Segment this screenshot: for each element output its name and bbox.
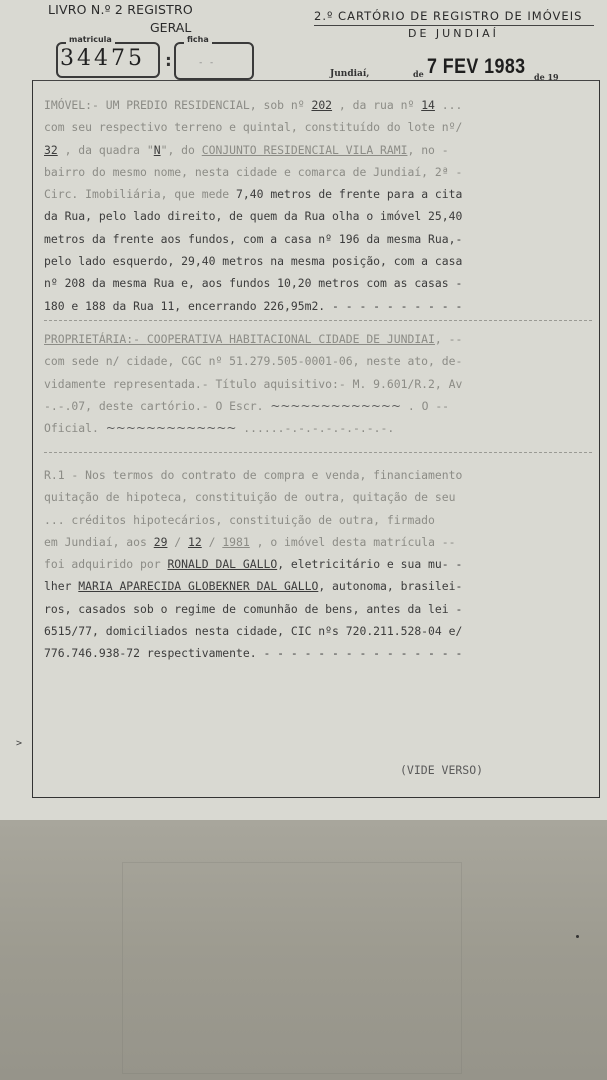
imovel-section: IMÓVEL:- UM PREDIO RESIDENCIAL, sob nº 2…	[44, 94, 592, 317]
text-segment: Oficial.	[44, 421, 106, 435]
text-line: R.1 - Nos termos do contrato de compra e…	[44, 464, 592, 486]
date-de-label: de	[413, 69, 424, 79]
text-line: quitação de hipoteca, constituição de ou…	[44, 486, 592, 508]
text-line: bairro do mesmo nome, nesta cidade e com…	[44, 161, 592, 183]
underlined-text: RONALD DAL GALLO	[167, 557, 277, 571]
text-line: 6515/77, domiciliados nesta cidade, CIC …	[44, 620, 592, 642]
text-segment: ...	[435, 98, 462, 112]
text-segment: Circ. Imobiliária, que mede	[44, 187, 236, 201]
text-segment: , da quadra "	[58, 143, 154, 157]
livro-title: LIVRO N.º 2 REGISTRO	[48, 2, 193, 17]
section-divider	[44, 452, 592, 453]
underlined-text: N	[154, 143, 161, 157]
text-segment: , o imóvel desta matrícula --	[250, 535, 456, 549]
text-line: -.-.07, deste cartório.- O Escr. ~~~~~~~…	[44, 395, 592, 417]
text-line: 776.746.938-72 respectivamente. - - - - …	[44, 642, 592, 664]
ficha-label: ficha	[184, 35, 212, 44]
section-divider	[44, 320, 592, 321]
text-segment: metros da frente aos fundos, com a casa …	[44, 232, 462, 246]
text-line: foi adquirido por RONALD DAL GALLO, elet…	[44, 553, 592, 575]
text-segment: 180 e 188 da Rua 11, encerrando 226,95m2…	[44, 299, 462, 313]
date-stamp: 7 FEV 1983	[427, 55, 526, 79]
underlined-text: 14	[421, 98, 435, 112]
signature: ~~~~~~~~~~~~~	[270, 399, 401, 413]
text-line: vidamente representada.- Título aquisiti…	[44, 373, 592, 395]
text-line: pelo lado esquerdo, 29,40 metros na mesm…	[44, 250, 592, 272]
text-segment: 7,40 metros de frente para a cita	[236, 187, 462, 201]
cartorio-city: DE JUNDIAÍ	[408, 27, 499, 40]
margin-mark: >	[16, 738, 22, 749]
text-segment: com seu respectivo terreno e quintal, co…	[44, 120, 462, 134]
document-page: LIVRO N.º 2 REGISTRO GERAL matricula 344…	[0, 0, 607, 820]
text-line: IMÓVEL:- UM PREDIO RESIDENCIAL, sob nº 2…	[44, 94, 592, 116]
vide-verso-note: (VIDE VERSO)	[400, 763, 483, 777]
text-segment: quitação de hipoteca, constituição de ou…	[44, 490, 455, 504]
separator-colon: :	[163, 50, 174, 71]
text-segment: UM PREDIO RESIDENCIAL, sob nº	[106, 98, 312, 112]
text-line: com seu respectivo terreno e quintal, co…	[44, 116, 592, 138]
text-line: da Rua, pelo lado direito, de quem da Ru…	[44, 205, 592, 227]
text-segment: , da rua nº	[332, 98, 421, 112]
signature: ~~~~~~~~~~~~~	[106, 421, 237, 435]
text-segment: pelo lado esquerdo, 29,40 metros na mesm…	[44, 254, 462, 268]
text-segment: 776.746.938-72 respectivamente. - - - - …	[44, 646, 462, 660]
text-line: Oficial. ~~~~~~~~~~~~~ ......-.-.-.-.-.-…	[44, 417, 592, 439]
text-segment: ......-.-.-.-.-.-.-.-.	[236, 421, 394, 435]
text-segment: ros, casados sob o regime de comunhão de…	[44, 602, 462, 616]
underlined-text: 12	[188, 535, 202, 549]
text-segment: , no -	[407, 143, 448, 157]
underlined-text: COOPERATIVA HABITACIONAL CIDADE DE JUNDI…	[147, 332, 435, 346]
text-segment: vidamente representada.- Título aquisiti…	[44, 377, 462, 391]
ficha-value: - -	[198, 58, 214, 68]
proprietaria-section: PROPRIETÁRIA:- COOPERATIVA HABITACIONAL …	[44, 328, 592, 439]
text-line: Circ. Imobiliária, que mede 7,40 metros …	[44, 183, 592, 205]
text-segment: , autonoma, brasilei-	[318, 579, 462, 593]
underlined-text: 1981	[222, 535, 249, 549]
underlined-text: 202	[311, 98, 332, 112]
paper-speck	[576, 935, 579, 938]
underlined-text: 32	[44, 143, 58, 157]
text-line: metros da frente aos fundos, com a casa …	[44, 228, 592, 250]
registro-section: R.1 - Nos termos do contrato de compra e…	[44, 464, 592, 665]
text-segment: bairro do mesmo nome, nesta cidade e com…	[44, 165, 462, 179]
matricula-label: matricula	[66, 35, 115, 44]
text-segment: foi adquirido por	[44, 557, 167, 571]
text-line: PROPRIETÁRIA:- COOPERATIVA HABITACIONAL …	[44, 328, 592, 350]
text-line: com sede n/ cidade, CGC nº 51.279.505-00…	[44, 350, 592, 372]
matricula-number: 34475	[60, 46, 145, 71]
text-line: 180 e 188 da Rua 11, encerrando 226,95m2…	[44, 295, 592, 317]
underlined-text: 29	[154, 535, 168, 549]
text-segment: nº 208 da mesma Rua e, aos fundos 10,20 …	[44, 276, 462, 290]
text-segment: , --	[435, 332, 462, 346]
text-line: nº 208 da mesma Rua e, aos fundos 10,20 …	[44, 272, 592, 294]
text-segment: -.-.07, deste cartório.- O Escr.	[44, 399, 270, 413]
cartorio-title: 2.º CARTÓRIO DE REGISTRO DE IMÓVEIS	[314, 9, 594, 26]
text-segment: /	[202, 535, 223, 549]
bleed-through-box	[122, 862, 462, 1074]
text-segment: lher	[44, 579, 78, 593]
text-segment: , eletricitário e sua mu- -	[277, 557, 462, 571]
matricula-box: matricula 34475	[56, 42, 160, 78]
text-line: lher MARIA APARECIDA GLOBEKNER DAL GALLO…	[44, 575, 592, 597]
text-segment: . O --	[401, 399, 449, 413]
text-segment: ... créditos hipotecários, constituição …	[44, 513, 435, 527]
livro-subtitle: GERAL	[150, 20, 191, 35]
text-segment: em Jundiaí, aos	[44, 535, 154, 549]
text-segment: /	[167, 535, 188, 549]
text-line: 32 , da quadra "N", do CONJUNTO RESIDENC…	[44, 139, 592, 161]
underlined-text: MARIA APARECIDA GLOBEKNER DAL GALLO	[78, 579, 318, 593]
text-segment: 6515/77, domiciliados nesta cidade, CIC …	[44, 624, 462, 638]
ficha-box: ficha - -	[174, 42, 254, 80]
text-line: em Jundiaí, aos 29 / 12 / 1981 , o imóve…	[44, 531, 592, 553]
text-segment: R.1 - Nos termos do contrato de compra e…	[44, 468, 462, 482]
underlined-text: CONJUNTO RESIDENCIAL VILA RAMI	[202, 143, 408, 157]
text-line: ... créditos hipotecários, constituição …	[44, 509, 592, 531]
text-segment: ", do	[161, 143, 202, 157]
text-segment: IMÓVEL:-	[44, 98, 106, 112]
text-line: ros, casados sob o regime de comunhão de…	[44, 598, 592, 620]
underlined-text: PROPRIETÁRIA:-	[44, 332, 147, 346]
date-city-label: Jundiaí,	[330, 69, 369, 79]
text-segment: com sede n/ cidade, CGC nº 51.279.505-00…	[44, 354, 462, 368]
text-segment: da Rua, pelo lado direito, de quem da Ru…	[44, 209, 462, 223]
